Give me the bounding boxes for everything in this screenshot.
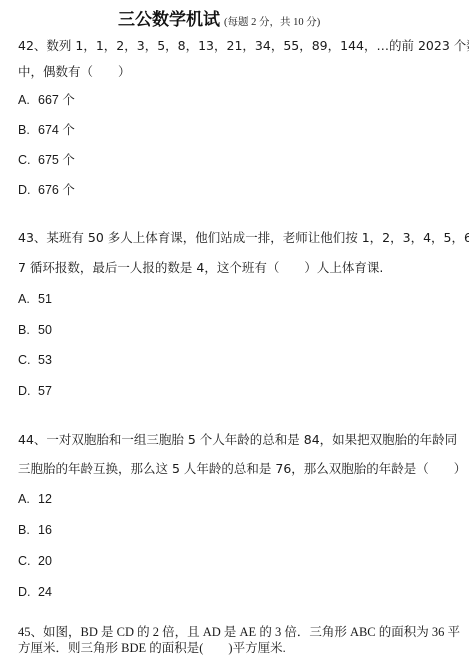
question-44-text-line-1: 44、一对双胞胎和一组三胞胎 5 个人年龄的总和是 84，如果把双胞胎的年龄同 [18, 432, 457, 448]
option-letter: A. [18, 92, 38, 108]
page-title: 三公数学机试(每题 2 分，共 10 分) [118, 5, 320, 30]
option-text: 51 [38, 292, 52, 306]
question-44-option-a: A.12 [18, 491, 52, 507]
question-44-option-c: C.20 [18, 553, 52, 569]
question-43-text-line-2: 7 循环报数，最后一人报的数是 4，这个班有（ ）人上体育课. [18, 260, 383, 276]
question-44-text-line-2: 三胞胎的年龄互换，那么这 5 人年龄的总和是 76，那么双胞胎的年龄是（ ） [18, 461, 466, 477]
question-42-text-line-2: 中，偶数有（ ） [18, 64, 131, 80]
option-text: 676 个 [38, 183, 75, 197]
option-text: 57 [38, 384, 52, 398]
option-text: 675 个 [38, 153, 75, 167]
option-text: 20 [38, 554, 52, 568]
option-letter: A. [18, 291, 38, 307]
question-42-option-d: D.676 个 [18, 182, 75, 198]
title-scoring-note: (每题 2 分，共 10 分) [224, 17, 320, 28]
option-text: 16 [38, 523, 52, 537]
option-letter: C. [18, 553, 38, 569]
question-43-option-a: A.51 [18, 291, 52, 307]
question-43-option-b: B.50 [18, 322, 52, 338]
question-45-text-line-2: 方厘米．则三角形 BDE 的面积是( )平方厘米. [18, 640, 286, 656]
option-letter: C. [18, 152, 38, 168]
option-letter: D. [18, 383, 38, 399]
option-text: 674 个 [38, 123, 75, 137]
option-letter: D. [18, 182, 38, 198]
option-letter: D. [18, 584, 38, 600]
title-main: 三公数学机试 [118, 10, 220, 30]
option-letter: C. [18, 352, 38, 368]
option-text: 53 [38, 353, 52, 367]
option-letter: B. [18, 322, 38, 338]
option-letter: B. [18, 122, 38, 138]
question-43-option-c: C.53 [18, 352, 52, 368]
question-42-option-c: C.675 个 [18, 152, 75, 168]
question-42-option-b: B.674 个 [18, 122, 75, 138]
option-text: 12 [38, 492, 52, 506]
option-text: 24 [38, 585, 52, 599]
question-44-option-d: D.24 [18, 584, 52, 600]
question-43-option-d: D.57 [18, 383, 52, 399]
option-text: 50 [38, 323, 52, 337]
question-42-option-a: A.667 个 [18, 92, 75, 108]
option-letter: A. [18, 491, 38, 507]
question-42-text-line-1: 42、数列 1，1，2，3，5，8，13，21，34，55，89，144，…的前… [18, 38, 469, 54]
option-letter: B. [18, 522, 38, 538]
question-43-text-line-1: 43、某班有 50 多人上体育课，他们站成一排，老师让他们按 1，2，3，4，5… [18, 230, 469, 246]
option-text: 667 个 [38, 93, 75, 107]
question-44-option-b: B.16 [18, 522, 52, 538]
question-45-text-line-1: 45、如图，BD 是 CD 的 2 倍，且 AD 是 AE 的 3 倍．三角形 … [18, 624, 460, 640]
